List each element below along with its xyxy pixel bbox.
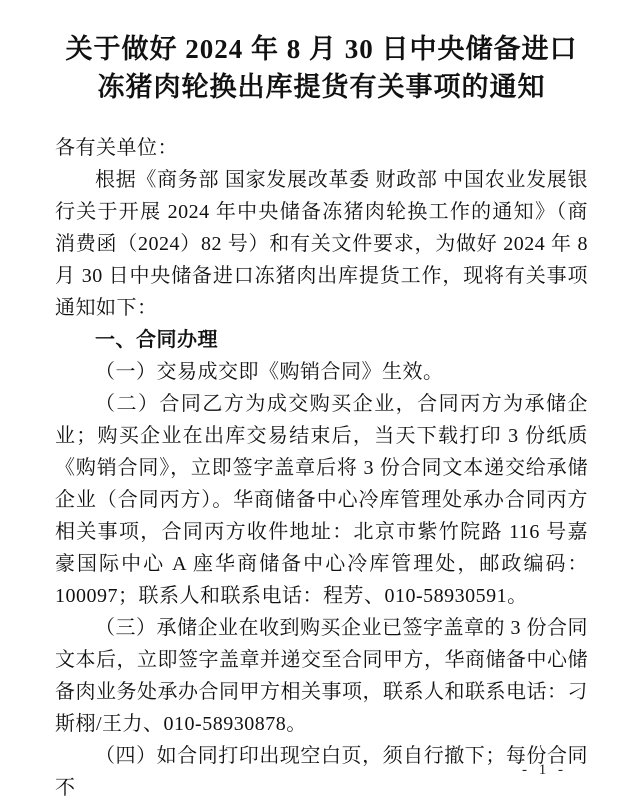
- section-heading-contract-handling: 一、合同办理: [55, 324, 588, 356]
- document-body: 各有关单位： 根据《商务部 国家发展改革委 财政部 中国农业发展银行关于开展 2…: [55, 132, 588, 804]
- title-line-1: 关于做好 2024 年 8 月 30 日中央储备进口: [55, 30, 588, 68]
- intro-paragraph: 根据《商务部 国家发展改革委 财政部 中国农业发展银行关于开展 2024 年中央…: [55, 164, 588, 324]
- page-number: - 1 -: [522, 760, 567, 780]
- item-paragraph-1: （一）交易成交即《购销合同》生效。: [55, 356, 588, 388]
- title-line-2: 冻猪肉轮换出库提货有关事项的通知: [55, 68, 588, 106]
- document-title: 关于做好 2024 年 8 月 30 日中央储备进口 冻猪肉轮换出库提货有关事项…: [55, 30, 588, 106]
- item-paragraph-4: （四）如合同打印出现空白页，须自行撤下；每份合同不: [55, 740, 588, 804]
- salutation: 各有关单位：: [55, 132, 588, 164]
- item-paragraph-2: （二）合同乙方为成交购买企业，合同丙方为承储企业；购买企业在出库交易结束后，当天…: [55, 388, 588, 612]
- item-paragraph-3: （三）承储企业在收到购买企业已签字盖章的 3 份合同文本后，立即签字盖章并递交至…: [55, 612, 588, 740]
- document-page: 关于做好 2024 年 8 月 30 日中央储备进口 冻猪肉轮换出库提货有关事项…: [0, 0, 640, 805]
